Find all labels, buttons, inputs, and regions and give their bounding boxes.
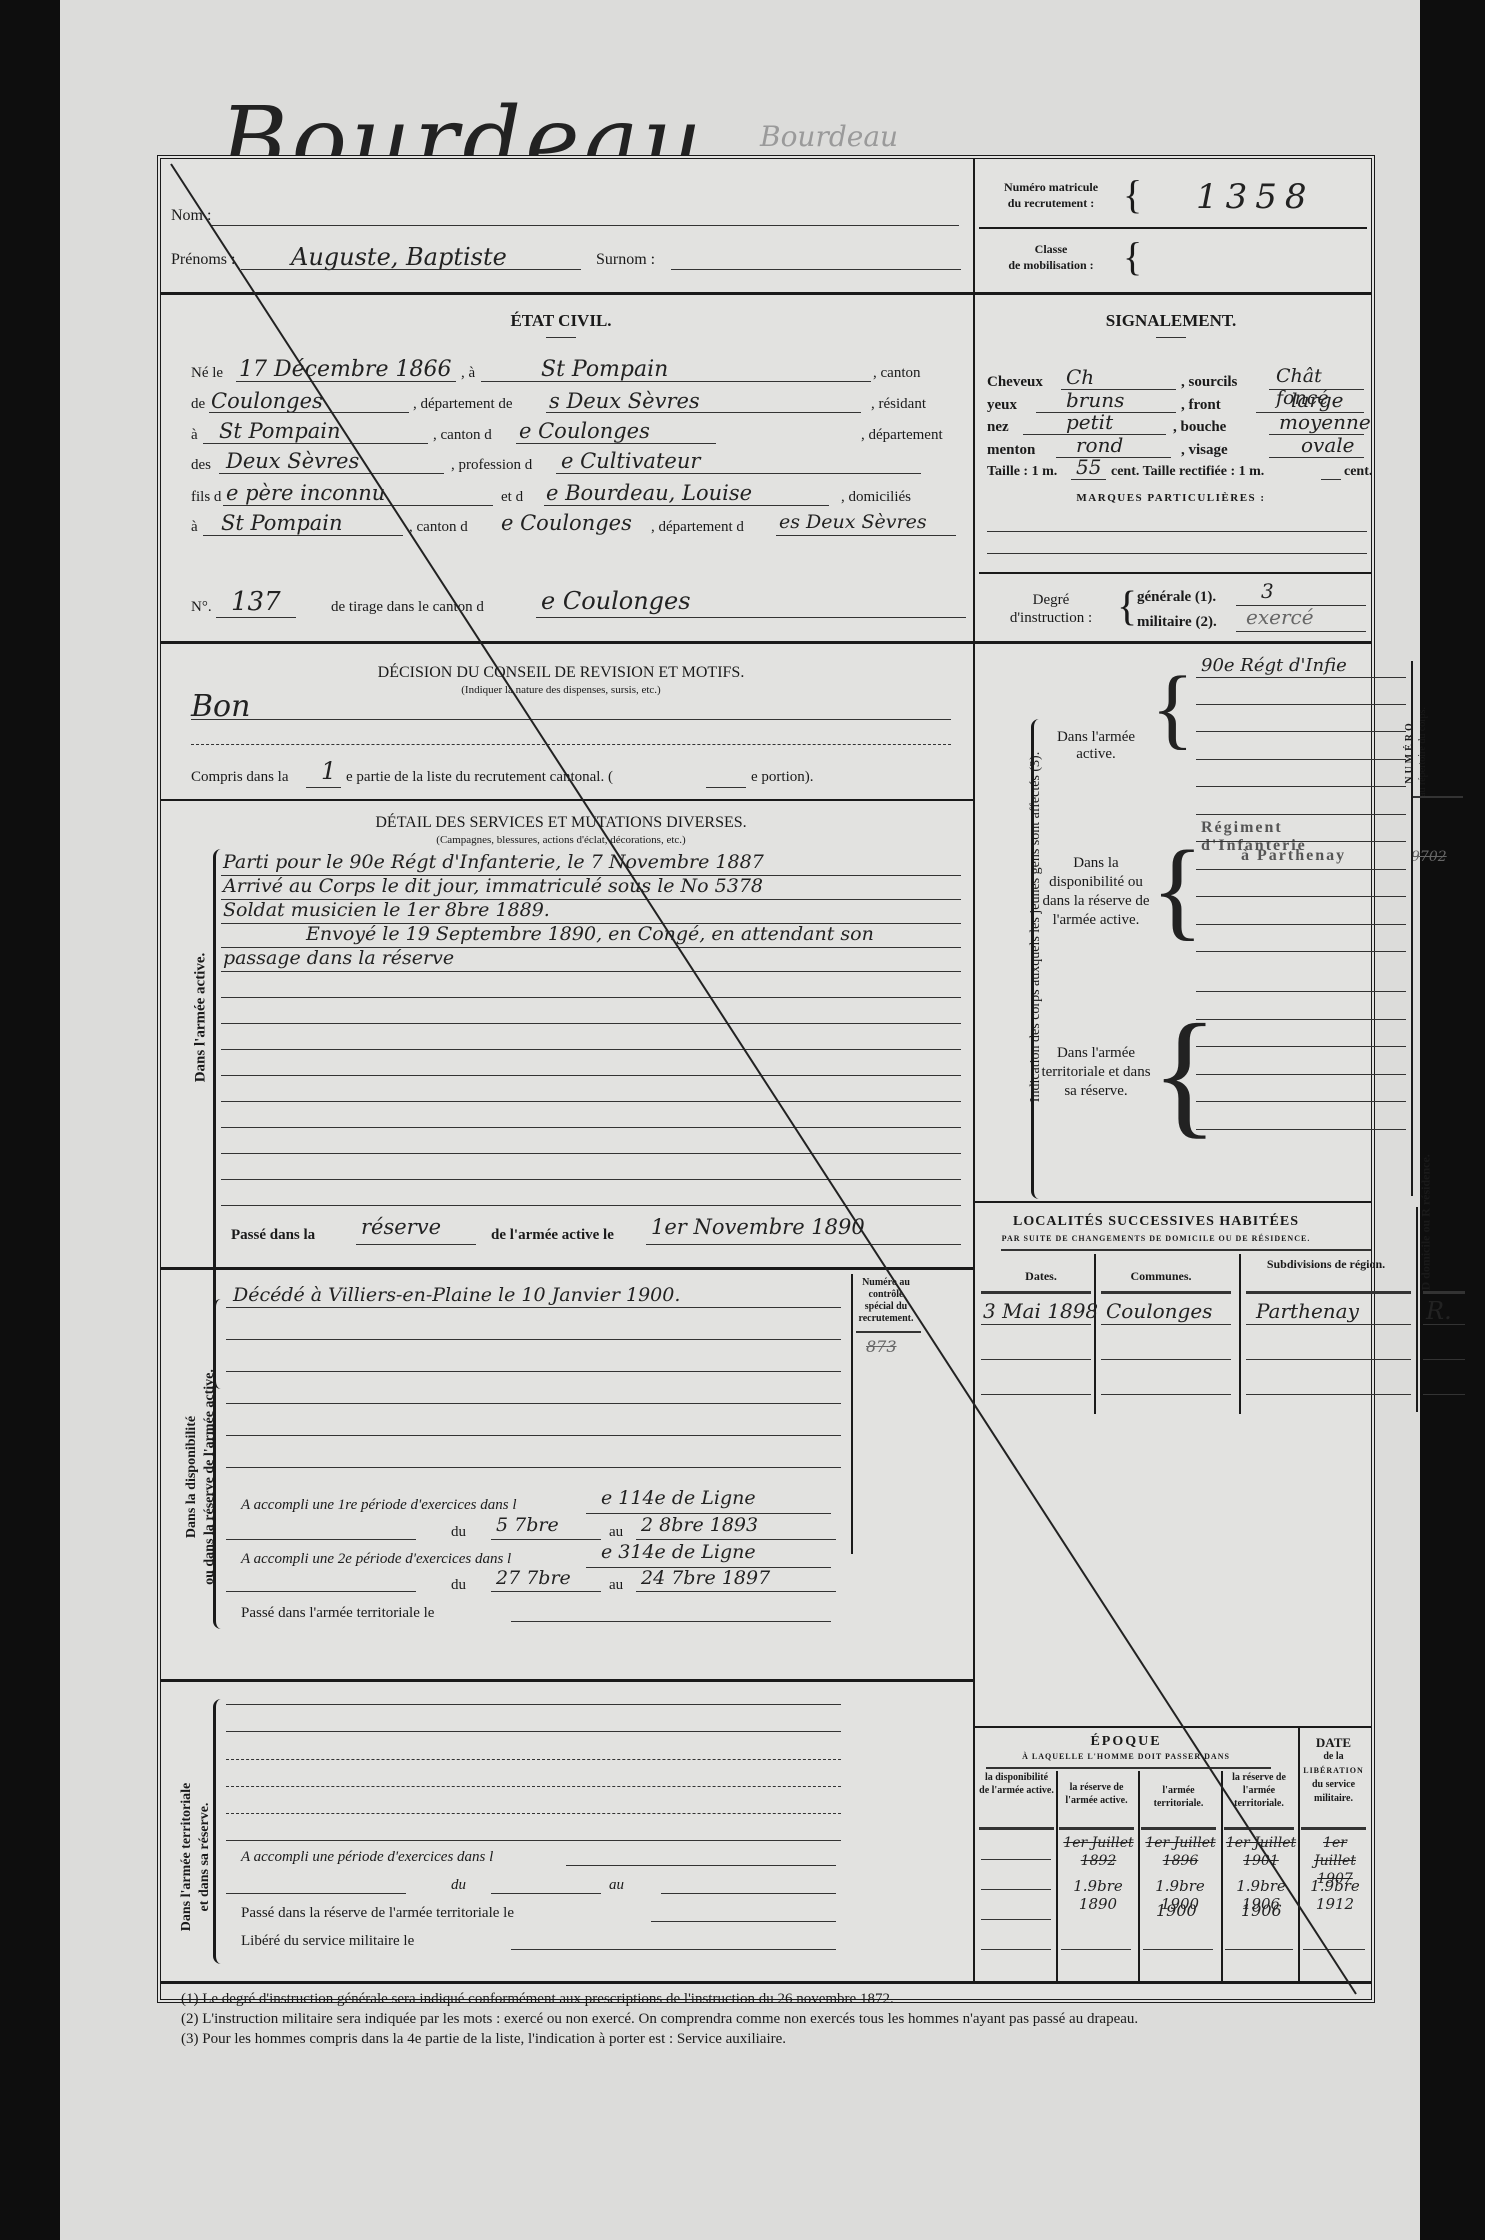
epoque-col-reserve-active: la réserve de l'armée active. — [1059, 1781, 1134, 1807]
domicile-value: St Pompain — [221, 511, 343, 535]
degre-label-2: d'instruction : — [991, 609, 1111, 627]
services-subtitle: (Campagnes, blessures, actions d'éclat, … — [281, 834, 841, 846]
periode1-value: e 114e de Ligne — [601, 1487, 756, 1509]
generale-label: générale (1). — [1137, 589, 1216, 606]
domicile-departement-value: es Deux Sèvres — [779, 511, 927, 533]
epoque-col-territoriale: l'armée territoriale. — [1141, 1784, 1216, 1810]
residence-departement-value: Deux Sèvres — [226, 449, 359, 473]
territoriale-side-label-1: Dans l'armée territoriale — [178, 1727, 196, 1987]
etde-label: et d — [501, 489, 523, 506]
ghost-name-annotation: Bourdeau — [760, 120, 898, 153]
liberation-value: 1.9bre 1912 — [1299, 1877, 1371, 1913]
periode1-du: 5 7bre — [496, 1514, 559, 1536]
compris-label: Compris dans la — [191, 769, 289, 786]
matricule-label-1: Numéro matricule — [981, 179, 1121, 195]
residence-canton-value: e Coulonges — [519, 419, 650, 443]
service-line-2: Arrivé au Corps le dit jour, immatriculé… — [223, 875, 763, 897]
prenoms-value: Auguste, Baptiste — [291, 243, 507, 271]
passe-date: 1er Novembre 1890 — [651, 1215, 865, 1239]
epoque-reserve-active-struck: 1er Juillet 1892 — [1061, 1834, 1136, 1870]
matricule-value: 1358 — [1196, 177, 1315, 217]
tirage-no-label: N°. — [191, 599, 212, 616]
domicilies-label: , domiciliés — [841, 489, 911, 506]
decision-subtitle: (Indiquer la nature des dispenses, sursi… — [281, 684, 841, 696]
liberation-label-5: militaire. — [1301, 1792, 1366, 1806]
birth-canton-value: Coulonges — [211, 389, 323, 413]
service-line-1: Parti pour le 90e Régt d'Infanterie, le … — [223, 851, 764, 873]
yeux-value: bruns — [1066, 388, 1124, 412]
marques-title: MARQUES PARTICULIÈRES : — [1021, 492, 1321, 504]
ne-le-label: Né le — [191, 365, 223, 381]
localites-col-communes: Communes. — [1101, 1269, 1221, 1284]
partie-label: e partie de la liste du recrutement cant… — [346, 769, 613, 786]
birth-place-value: St Pompain — [541, 357, 668, 382]
footnote-2: (2) L'instruction militaire sera indiqué… — [181, 2009, 1361, 2029]
visage-label: , visage — [1181, 442, 1228, 459]
tirage-no-value: 137 — [231, 587, 281, 617]
a2-label: à — [191, 427, 198, 444]
sourcils-label: , sourcils — [1181, 374, 1237, 391]
nez-value: petit — [1066, 410, 1113, 434]
liberation-label-3: LIBÉRATION — [1301, 1764, 1366, 1778]
localites-col-subdivisions: Subdivisions de région. — [1246, 1257, 1406, 1272]
etat-civil-title: ÉTAT CIVIL. — [411, 311, 711, 331]
profession-value: e Cultivateur — [561, 449, 700, 473]
epoque-reserve-territoriale-value2: 1906 — [1241, 1901, 1282, 1920]
epoque-subtitle: À LAQUELLE L'HOMME DOIT PASSER DANS — [981, 1752, 1271, 1761]
epoque-reserve-territoriale-struck: 1er Juillet 1901 — [1225, 1834, 1297, 1870]
menton-label: menton — [987, 442, 1035, 459]
territoriale-side-label-2: et dans sa réserve. — [196, 1727, 214, 1987]
passe-territoriale-label: Passé dans l'armée territoriale le — [241, 1605, 434, 1622]
front-label: , front — [1181, 397, 1221, 414]
corps-disponibilite-numero: 9702 — [1411, 849, 1447, 865]
generale-value: 3 — [1261, 579, 1274, 603]
liberation-label-1: DATE — [1301, 1736, 1366, 1750]
passe-value: réserve — [361, 1215, 441, 1239]
signalement-title: SIGNALEMENT. — [1041, 311, 1301, 331]
service-line-3: Soldat musicien le 1er 8bre 1889. — [223, 899, 550, 921]
yeux-label: yeux — [987, 397, 1017, 414]
a3-label: à — [191, 519, 198, 536]
a-label: , à — [461, 365, 475, 382]
disponibilite-note: Décédé à Villiers-en-Plaine le 10 Janvie… — [233, 1284, 680, 1306]
periode2-value: e 314e de Ligne — [601, 1541, 756, 1563]
militaire-label: militaire (2). — [1137, 614, 1217, 631]
territoriale-au-label: au — [609, 1877, 624, 1894]
compris-value: 1 — [321, 757, 336, 785]
localites-col-dates: Dates. — [991, 1269, 1091, 1284]
taille-value: 55 — [1076, 455, 1101, 479]
residant-label: , résidant — [871, 396, 926, 413]
liberation-label-4: du service — [1301, 1778, 1366, 1792]
localite-type: R. — [1426, 1297, 1452, 1325]
cheveux-label: Cheveux — [987, 374, 1043, 391]
prenoms-label: Prénoms : — [171, 251, 235, 269]
portion-label: e portion). — [751, 769, 813, 786]
cent-label: cent. — [1344, 464, 1372, 480]
numero-repertoire-label-2: au répertoire du corps. — [1416, 667, 1429, 837]
birth-departement-value: s Deux Sèvres — [549, 389, 700, 413]
footnote-3: (3) Pour les hommes compris dans la 4e p… — [181, 2029, 1361, 2049]
localite-subdivision: Parthenay — [1256, 1299, 1359, 1323]
profession-label: , profession d — [451, 457, 532, 474]
canton-label: , canton — [873, 365, 920, 382]
tirage-canton-value: e Coulonges — [541, 587, 691, 615]
epoque-territoriale-value2: 1900 — [1156, 1901, 1197, 1920]
periode1-au: 2 8bre 1893 — [641, 1514, 758, 1536]
nom-label: Nom : — [171, 207, 211, 225]
periode2-du: 27 7bre — [496, 1567, 571, 1589]
passe-label: Passé dans la — [231, 1227, 315, 1244]
service-line-4: Envoyé le 19 Septembre 1890, en Congé, e… — [306, 923, 874, 945]
degre-label-1: Degré — [991, 591, 1111, 609]
classe-label-2: de mobilisation : — [981, 257, 1121, 273]
disponibilite-side-label-1: Dans la disponibilité — [183, 1322, 201, 1632]
localite-date: 3 Mai 1898 — [983, 1299, 1098, 1323]
domicile-canton-value: e Coulonges — [501, 511, 632, 535]
matricule-label-2: du recrutement : — [981, 195, 1121, 211]
militaire-value: exercé — [1246, 605, 1314, 629]
epoque-col-reserve-territoriale: la réserve de l'armée territoriale. — [1224, 1771, 1294, 1810]
epoque-col-disponibilite: la disponibilité de l'armée active. — [979, 1771, 1054, 1797]
periode2-au-label: au — [609, 1577, 623, 1594]
canton3-label: , canton d — [409, 519, 468, 536]
nez-label: nez — [987, 419, 1009, 436]
epoque-territoriale-struck: 1er Juillet 1896 — [1143, 1834, 1218, 1870]
periode1-label: A accompli une 1re période d'exercices d… — [241, 1497, 517, 1514]
corps-active-value: 90e Régt d'Infie — [1201, 655, 1347, 676]
corps-disponibilite-value-2: à Parthenay — [1241, 847, 1346, 865]
service-line-5: passage dans la réserve — [223, 947, 454, 969]
corps-territoriale-label: Dans l'armée territoriale et dans sa rés… — [1041, 1044, 1151, 1101]
cheveux-value: Ch — [1066, 365, 1094, 389]
corps-disponibilite-label: Dans la disponibilité ou dans la réserve… — [1041, 854, 1151, 930]
corps-active-label: Dans l'armée active. — [1041, 729, 1151, 763]
surnom-label: Surnom : — [596, 251, 655, 269]
liberation-label-2: de la — [1301, 1750, 1366, 1764]
epoque-reserve-active-value: 1.9bre 1890 — [1059, 1877, 1137, 1913]
armee-active-label: de l'armée active le — [491, 1227, 614, 1244]
territoriale-du-label: du — [451, 1877, 466, 1894]
menton-value: rond — [1076, 433, 1123, 457]
bouche-value: moyenne — [1279, 410, 1371, 434]
periode2-du-label: du — [451, 1577, 466, 1594]
services-side-label: Dans l'armée active. — [193, 918, 210, 1118]
tirage-label: de tirage dans le canton d — [331, 599, 484, 616]
departement-label: , département de — [413, 396, 513, 413]
departement3-label: , département d — [651, 519, 744, 536]
canton2-label: , canton d — [433, 427, 492, 444]
birth-date-value: 17 Décembre 1866 — [239, 357, 451, 382]
residence-value: St Pompain — [219, 419, 341, 443]
localite-commune: Coulonges — [1106, 1299, 1212, 1323]
taille-rectifiee-label: cent. Taille rectifiée : 1 m. — [1111, 464, 1264, 480]
libere-label: Libéré du service militaire le — [241, 1933, 414, 1950]
bouche-label: , bouche — [1173, 419, 1226, 436]
localites-subtitle: PAR SUITE DE CHANGEMENTS DE DOMICILE OU … — [991, 1234, 1321, 1243]
epoque-title: ÉPOQUE — [981, 1734, 1271, 1750]
departement2-label: , département — [861, 427, 943, 444]
periode1-du-label: du — [451, 1524, 466, 1541]
footnote-1: (1) Le degré d'instruction générale sera… — [181, 1989, 1361, 2009]
fils-label: fils d — [191, 489, 221, 506]
numero-controle-value: 873 — [866, 1337, 897, 1356]
localites-title: LOCALITÉS SUCCESSIVES HABITÉES — [996, 1214, 1316, 1230]
front-value: large — [1291, 388, 1344, 412]
register-page: Bourdeau Bourdeau Nom : Prénoms : August… — [60, 0, 1420, 2240]
services-title: DÉTAIL DES SERVICES ET MUTATIONS DIVERSE… — [281, 814, 841, 832]
territoriale-periode-label: A accompli une période d'exercices dans … — [241, 1849, 493, 1866]
localites-col-type: D domicile ou R résidence. — [1420, 1211, 1433, 1291]
de-label: de — [191, 396, 205, 413]
periode2-label: A accompli une 2e période d'exercices da… — [241, 1551, 511, 1568]
pere-value: e père inconnu — [226, 481, 385, 505]
decision-title: DÉCISION DU CONSEIL DE REVISION ET MOTIF… — [281, 664, 841, 682]
periode2-au: 24 7bre 1897 — [641, 1567, 770, 1589]
des-label: des — [191, 457, 211, 474]
mere-value: e Bourdeau, Louise — [546, 481, 752, 505]
numero-repertoire-label-1: NUMÉRO — [1403, 667, 1416, 837]
periode1-au-label: au — [609, 1524, 623, 1541]
register-frame: Nom : Prénoms : Auguste, Baptiste Surnom… — [157, 155, 1375, 2003]
numero-controle-label: Numéro au contrôle spécial du recrutemen… — [856, 1277, 916, 1325]
territoriale-reserve-label: Passé dans la réserve de l'armée territo… — [241, 1905, 514, 1922]
visage-value: ovale — [1301, 433, 1355, 457]
classe-label-1: Classe — [981, 241, 1121, 257]
taille-label: Taille : 1 m. — [987, 464, 1057, 480]
